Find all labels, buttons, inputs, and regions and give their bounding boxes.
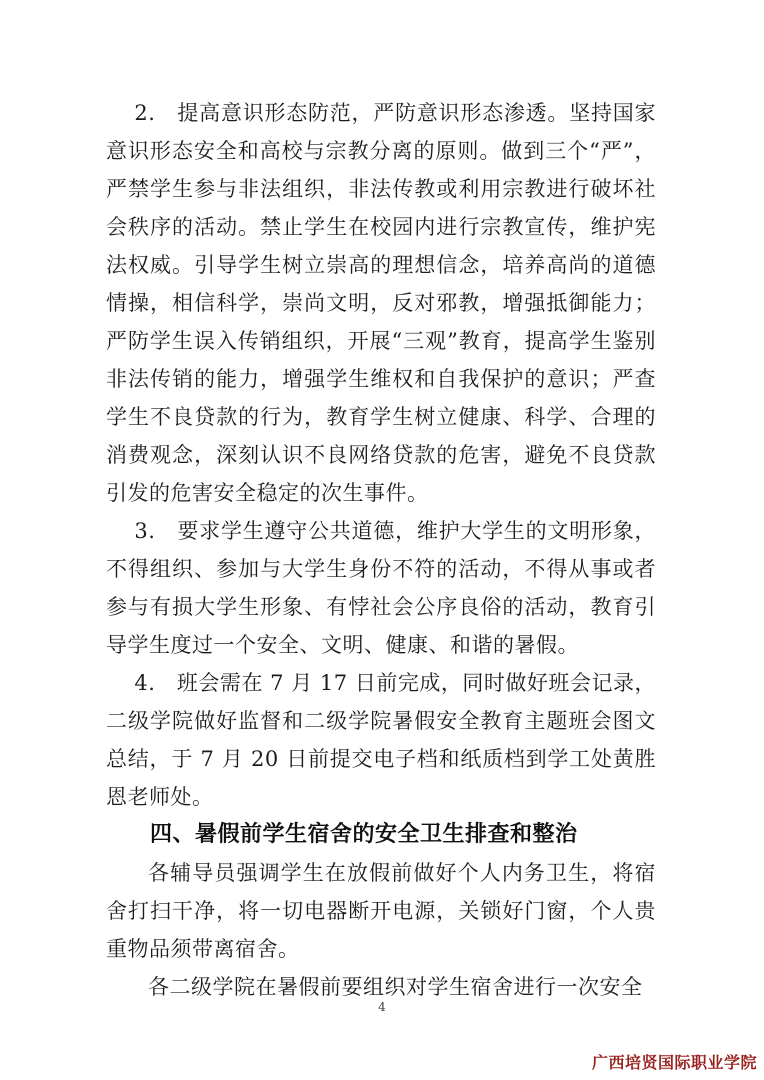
paragraph-item-3: 3. 要求学生遵守公共道德，维护大学生的文明形象，不得组织、参加与大学生身份不符…: [106, 512, 656, 664]
paragraph-item-2: 2. 提高意识形态防范，严防意识形态渗透。坚持国家意识形态安全和高校与宗教分离的…: [106, 94, 656, 512]
paragraph-item-4: 4. 班会需在 7 月 17 日前完成，同时做好班会记录，二级学院做好监督和二级…: [106, 664, 656, 816]
document-page: 2. 提高意识形态防范，严防意识形态渗透。坚持国家意识形态安全和高校与宗教分离的…: [0, 0, 764, 1080]
college-watermark: 广西培贤国际职业学院: [592, 1050, 757, 1073]
document-body: 2. 提高意识形态防范，严防意识形态渗透。坚持国家意识形态安全和高校与宗教分离的…: [106, 94, 656, 1006]
section-heading-dorm-safety: 四、暑假前学生宿舍的安全卫生排查和整治: [106, 816, 656, 854]
paragraph-dorm-hygiene: 各辅导员强调学生在放假前做好个人内务卫生，将宿舍打扫干净，将一切电器断开电源，关…: [106, 854, 656, 968]
page-number: 4: [0, 1000, 764, 1014]
